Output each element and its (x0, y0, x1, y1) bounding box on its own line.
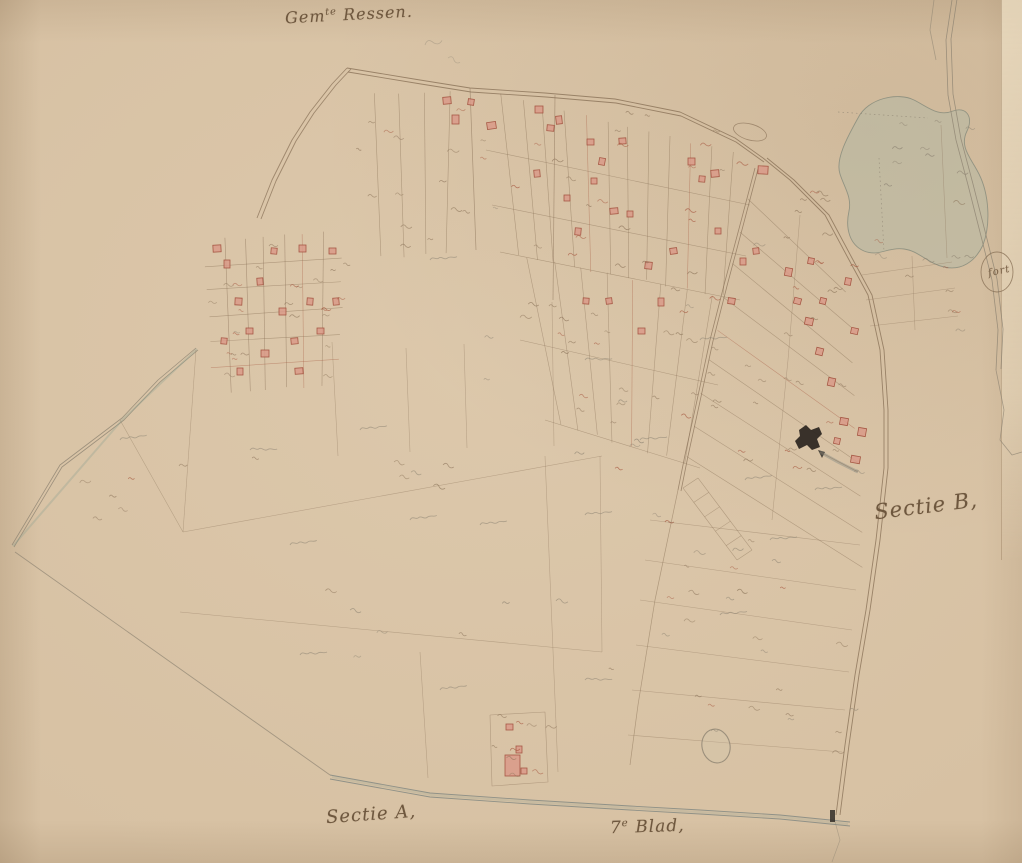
municipality-label-sup: te (325, 6, 337, 18)
map-canvas (0, 0, 1022, 863)
sheet-number-rest: Blad, (629, 816, 685, 838)
cadastral-map-sheet: Gemte Ressen. Sectie B, Sectie A, 7e Bla… (0, 0, 1022, 863)
municipality-label-rest: Ressen. (336, 2, 413, 25)
municipality-label-prefix: Gem (285, 6, 326, 27)
sheet-number: 7 (610, 818, 623, 838)
sheet-number-label: 7e Blad, (610, 816, 685, 839)
